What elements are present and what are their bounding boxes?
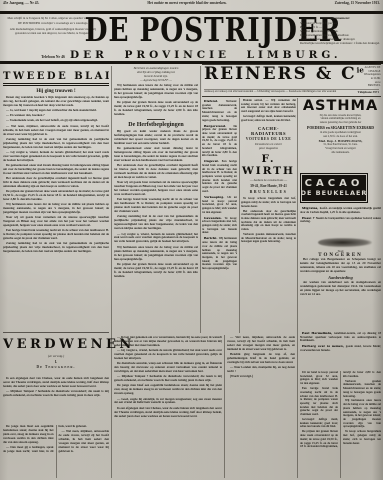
text-paragraph: Naar wij uit goede bron vernemen zal de …: [3, 216, 109, 228]
cacao-ad-maker: DE BEUKELAER: [300, 189, 368, 197]
column-divider: [297, 98, 298, 478]
asthma-ad-intro: Zij die aan deze wreede kwaal lijden,vin…: [300, 114, 381, 125]
classified-lead: Migraine,: [302, 206, 320, 210]
text-paragraph: Bij goed en kalm weder naderen thans de …: [114, 130, 198, 146]
article-headline: Hij ging trouwen !: [3, 89, 109, 94]
text-paragraph: Zondag namiddag had in de zaal van het g…: [114, 215, 198, 231]
column-divider: [200, 66, 201, 333]
text-paragraph: — Gij vergist u, vriend, hernam de notar…: [3, 151, 109, 163]
text-paragraph: — Wel neen, mijnheer, antwoordde de oude…: [3, 125, 109, 137]
subscription-heading: Abonnement:: [300, 16, 380, 20]
classified-lead: Verkooping.: [204, 195, 227, 199]
classified-lead: Burgerstand.: [204, 124, 234, 128]
text-paragraph: Verloren: gouden damesuurwerk, tusschen …: [343, 380, 381, 399]
reiners-ad-details: AGENTS DE CHANGEWisselagenten te LUIKen …: [364, 66, 381, 88]
text-paragraph: — Naar Londen dan, mompelde hij, en nog …: [227, 366, 295, 374]
reiners-ad-phone: Téléphone 3971: [358, 90, 379, 94]
text-paragraph: Een hevige brand brak woensdag nacht uit…: [3, 229, 109, 241]
feuilleton-chapter: I.: [3, 360, 109, 364]
text-line: zekere genezing door het gebruik der: [300, 121, 381, 125]
classified-item: Hoest ? Neemt de borstpastillen van apot…: [300, 216, 381, 224]
cacao-ad: CACAO DE BEUKELAER: [300, 173, 368, 203]
article-headline: De Herfstbeplegingen: [114, 122, 198, 128]
tongeren-notice: Stad TONGEREN Het college van Burgemeest…: [300, 249, 381, 329]
classified-lead: Diefstal.: [204, 99, 226, 103]
feuilleton-chapter-title: De Terugkeer.: [3, 365, 109, 369]
text-paragraph: (Wordt vervolgd.): [227, 375, 295, 379]
classified-item: Paul Hermelinde, kandidaat-notaris, zal …: [300, 331, 381, 343]
text-paragraph: De prijzen der granen bleven deze week o…: [3, 190, 109, 202]
column-divider: [224, 335, 225, 478]
text-paragraph: Hendrik ging langzaam de trap af, den ge…: [227, 353, 295, 365]
column-3: Diefstal. Verloren: gouden damesuurwerk,…: [202, 99, 237, 331]
text-line: — Agentschap WOLFF. —: [114, 78, 198, 82]
newspaper-subtitle: DER PROVINCIE LIMBURG.: [70, 49, 314, 61]
second-sheet-kicker: TWEEDE BLAD: [3, 71, 109, 86]
text-paragraph: Zondag namiddag had in de zaal van het g…: [3, 138, 109, 150]
top-strip: 45e Jaargang. — Nr 45. Het oudste en mee…: [3, 1, 380, 5]
text-paragraph: Te koop: schoon burgershuis met hof, gel…: [343, 430, 381, 445]
wirth-ad-address: 39-41, Rue Haute, 39-41: [241, 184, 296, 188]
subscription-block: Abonnement: Voor stad en dorp: 4 fr. per…: [300, 16, 380, 45]
classified-item: Migraine, hoofd- en tandpijn worden ooge…: [300, 206, 381, 214]
section-rule: [147, 119, 165, 120]
text-paragraph: — Ik ben niet gekomen om u te verontrust…: [114, 336, 222, 348]
feuilleton-title: VERDWENEN: [3, 337, 109, 352]
column-5-bottom: Uit ter hand te koop: perceel bouwland, …: [300, 371, 381, 478]
text-paragraph: Wij herinneren onze lezers dat de loting…: [3, 203, 109, 215]
feuilleton-header: VERDWENEN (2e vervolg.) I. De Terugkeer.: [3, 337, 109, 369]
wirth-ad-line: pour magasins: [241, 146, 296, 150]
column-divider: [111, 66, 112, 478]
classified-item: Ongeval. Een hevige brand brak woensdag …: [202, 159, 237, 193]
text-paragraph: In een afgelegen deel van Chelsea, waar …: [114, 407, 222, 419]
text-paragraph: Zondag namiddag had in de zaal van het g…: [3, 242, 109, 254]
text-paragraph: In een afgelegen deel van Chelsea, waar …: [3, 377, 109, 389]
text-paragraph: Het onderzoek door de gerechtelijke over…: [114, 164, 198, 180]
column-1: TWEEDE BLAD Hij ging trouwen ! Dezen dag…: [3, 66, 109, 330]
subscription-rates: Voor stad en dorp: 4 fr. per jaar.Per po…: [300, 21, 380, 45]
cacao-ad-brand: CACAO: [300, 179, 368, 190]
classified-lead: Hoest ?: [302, 216, 316, 220]
text-paragraph: De prijzen der granen bleven deze week o…: [114, 263, 198, 279]
text-paragraph: Het onderzoek door de gerechtelijke over…: [241, 210, 296, 232]
classified-item: Herberg over te nemen, goede stand, Groo…: [300, 344, 381, 352]
classified-item: Verkooping. Uit ter hand te koop: percee…: [202, 195, 237, 215]
feuilleton-continuation: (2e vervolg.): [3, 354, 109, 358]
text-paragraph: Het onderzoek door de gerechtelijke over…: [3, 177, 109, 189]
top-motto: Het oudste en meest verspreide blad der …: [147, 1, 226, 5]
text-paragraph: Een hevige brand brak woensdag nacht uit…: [300, 387, 338, 417]
newspaper-title: DE POSTRIJDER: [85, 11, 300, 50]
text-line: Het college van Burgemeester en Schepene…: [300, 258, 381, 274]
wirth-ad-city: BRUXELLES: [241, 189, 296, 194]
text-paragraph: Dezen dag wandelde boerken 's Rijk langz…: [3, 96, 109, 108]
text-paragraph: — Mijnheer Tempest ? herhaalde de dienst…: [3, 390, 109, 398]
text-paragraph: — Goed, zegde hij eindelijk, ik zal morg…: [114, 398, 222, 406]
reiners-ad-suffix: ie: [357, 65, 364, 74]
wirth-ad-line: VOITURES DE LUXE: [241, 137, 296, 141]
article-body: Dezen dag wandelde boerken 's Rijk langz…: [3, 96, 109, 254]
ink-smudge: [318, 238, 372, 247]
reiners-ad-name: REINERS & Cie: [204, 66, 364, 83]
text-paragraph: De gemeenteraad onzer stad kwam dinsdag …: [3, 164, 109, 176]
reiners-ad: REINERS & Cie AGENTS DE CHANGEWisselagen…: [202, 64, 381, 97]
text-paragraph: — Wel neen, mijnheer, antwoordde de oude…: [59, 430, 110, 454]
classified-item: Gevonden. Te koop: schoon burgershuis me…: [202, 216, 237, 236]
classified-lead: Paul Hermelinde,: [302, 331, 334, 335]
text-paragraph: — Gij vergist u, vriend, hernam de notar…: [114, 233, 198, 245]
text-paragraph: Wij herinneren onze lezers dat de loting…: [114, 84, 198, 100]
text-paragraph: Wij herinneren onze lezers dat de loting…: [343, 399, 381, 429]
classified-item: Bericht. Wij herinneren onze lezers dat …: [202, 236, 237, 270]
text-paragraph: Naar wij uit goede bron vernemen zal de …: [114, 181, 198, 197]
wirth-ad-line: CACHE-RADIATEURS: [241, 126, 296, 136]
text-paragraph: — Gij vergist u, vriend, hernam de notar…: [114, 349, 222, 361]
text-paragraph: De jonge man bleef een oogenblik besluit…: [3, 425, 54, 445]
asthma-ad-note: in alle goede apotheken verkrijgbaaraan …: [300, 131, 381, 139]
column-2: Berichten en aankondigingen moetenuiterl…: [114, 66, 198, 331]
wirth-ad-name: F. WIRTH: [241, 153, 296, 177]
asthma-ad-address: 31, Rue Paul Devaux, St. Jans.Vraagt het…: [300, 143, 381, 154]
article-body: Bij goed en kalm weder naderen thans de …: [114, 130, 198, 278]
reiners-ad-footer: Aankoop en verkoop van alle beurswaarden…: [204, 89, 379, 95]
text-line: en te BRUSSEL: [364, 81, 381, 88]
text-paragraph: Een hevige brand brak woensdag nacht uit…: [114, 198, 198, 214]
classified-ads: Paul Hermelinde, kandidaat-notaris, zal …: [300, 331, 381, 369]
tongeren-text: Het college van Burgemeester en Schepene…: [300, 258, 381, 274]
news-briefs: Wij herinneren onze lezers dat de loting…: [114, 84, 198, 117]
text-paragraph: Te koop: schoon burgershuis met hof, gel…: [241, 197, 296, 208]
text-paragraph: Wij herinneren onze lezers dat de loting…: [114, 246, 198, 262]
text-line: aan 2,50 fr. de doos of het etui.: [300, 135, 381, 139]
text-paragraph: — Toekomende week, als het God belieft, …: [3, 119, 109, 123]
asthma-ad: ASTHMA Zij die aan deze wreede kwaal lij…: [300, 99, 381, 170]
text-paragraph: Brutale aanval. — Wij vernemen dat zonda…: [241, 99, 296, 114]
column-divider: [239, 98, 240, 333]
reiners-ad-services: Aankoop en verkoop van alle beurswaarden…: [204, 90, 336, 94]
text-paragraph: — Wel neen, mijnheer, antwoordde de oude…: [227, 336, 295, 352]
feuilleton-text: In een afgelegen deel van Chelsea, waar …: [3, 377, 109, 423]
text-paragraph: Gevraagd: deftige meid, keuken kennende;…: [300, 418, 338, 429]
text-paragraph: Verloren: gouden damesuurwerk, tusschen …: [241, 233, 296, 244]
classified-item: Diefstal. Verloren: gouden damesuurwerk,…: [202, 99, 237, 122]
asthma-ad-product: POEDERS en SIGARETTEN EXIBARD: [300, 126, 381, 130]
wirth-ad: CACHE-RADIATEURS VOITURES DE LUXE Devant…: [241, 124, 296, 195]
text-paragraph: De prijzen der granen bleven deze week o…: [114, 101, 198, 117]
masthead: DE POSTRIJDER DER PROVINCIE LIMBURG.: [70, 13, 314, 61]
asthma-ad-title: ASTHMA: [300, 99, 381, 114]
wirth-ad-small: — Ateliers de constructions —: [241, 178, 296, 182]
column-4: Brutale aanval. — Wij vernemen dat zonda…: [241, 99, 296, 331]
feuilleton-text: — Ik ben niet gekomen om u te verontrust…: [114, 336, 222, 478]
text-paragraph: De gemeenteraad onzer stad kwam dinsdag …: [114, 147, 198, 163]
text-paragraph: Uit ter hand te koop: perceel bouwland, …: [300, 371, 338, 386]
issue-date: Zaterdag, 15 November 1913.: [335, 1, 380, 5]
text-paragraph: Gevraagd: deftige meid, keuken kennende;…: [241, 115, 296, 122]
classifieds: Te koop: schoon burgershuis met hof, gel…: [241, 197, 296, 244]
classified-lead: Gevonden.: [204, 216, 225, 220]
classified-lead: Herberg over te nemen,: [302, 344, 346, 348]
text-line: der werken van onderhoud aan de stadsgeb…: [300, 281, 381, 297]
text-line: alle namaaksels.: [300, 151, 381, 155]
edition-number: 45e Jaargang. — Nr 45.: [3, 1, 39, 5]
text-line: Rechterlijke terechtwijzingen en vonniss…: [300, 41, 380, 45]
newspaper-page: 45e Jaargang. — Nr 45. Het oudste en mee…: [0, 0, 383, 480]
classifieds: Brutale aanval. — Wij vernemen dat zonda…: [241, 99, 296, 123]
classified-lead: Bericht.: [204, 236, 219, 240]
editorial-notice: Berichten en aankondigingen moetenuiterl…: [114, 66, 198, 82]
feuilleton-text: — Wel neen, mijnheer, antwoordde de oude…: [227, 336, 295, 478]
feuilleton-rule: [3, 332, 109, 333]
reiners-ad-lines: AGENTS DE CHANGEWisselagenten te LUIKen …: [364, 66, 381, 88]
classified-ads: Migraine, hoofd- en tandpijn worden ooge…: [300, 206, 381, 236]
classified-item: Burgerstand. De prijzen der granen bleve…: [202, 124, 237, 158]
text-paragraph: De jonge man bleef een oogenblik besluit…: [114, 384, 222, 396]
text-paragraph: De dienstbode aarzelde, wierp een schuwe…: [114, 362, 222, 374]
classified-lead: Ongeval.: [204, 159, 222, 163]
feuilleton-text: De jonge man bleef een oogenblik besluit…: [3, 425, 109, 478]
tongeren-text: der werken van onderhoud aan de stadsgeb…: [300, 281, 381, 297]
